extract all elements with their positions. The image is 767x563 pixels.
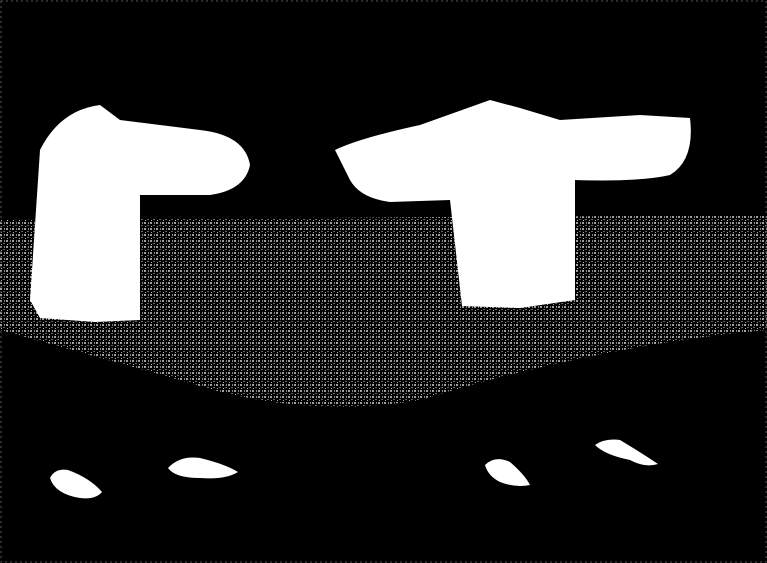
photo-canvas	[0, 0, 767, 563]
photograph	[0, 0, 767, 563]
